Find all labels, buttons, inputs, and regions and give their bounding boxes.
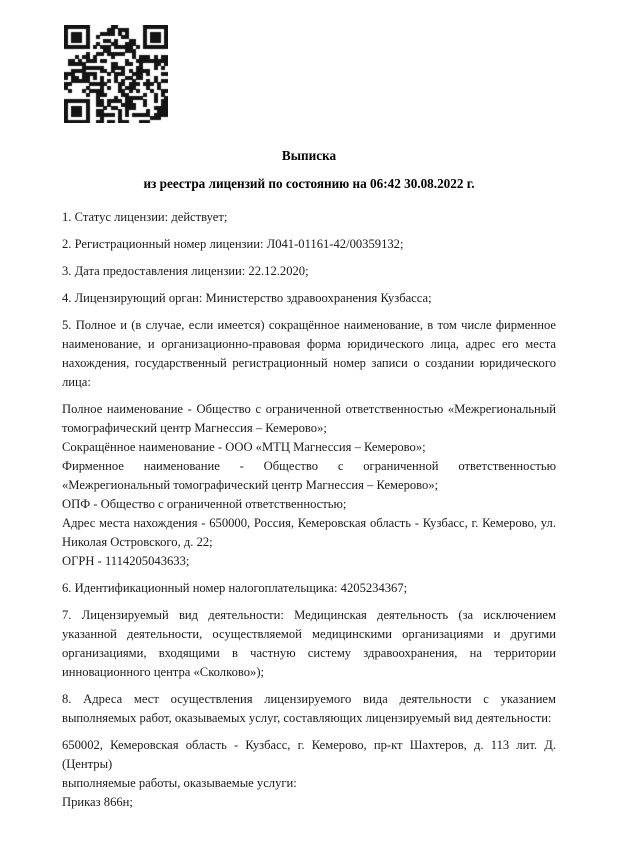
document-subtitle: из реестра лицензий по состоянию на 06:4… <box>62 174 556 193</box>
services-label-line: выполняемые работы, оказываемые услуги: <box>62 774 556 793</box>
activity-paragraph: 7. Лицензируемый вид деятельности: Медиц… <box>62 606 556 682</box>
item5-intro-paragraph: 5. Полное и (в случае, если имеется) сок… <box>62 316 556 392</box>
short-name-line: Сокращённое наименование - ООО «МТЦ Магн… <box>62 438 556 457</box>
address-line: Адрес места нахождения - 650000, Россия,… <box>62 514 556 552</box>
work-address-line: 650002, Кемеровская область - Кузбасс, г… <box>62 736 556 774</box>
license-reg-number-line: 2. Регистрационный номер лицензии: Л041-… <box>62 235 556 254</box>
license-status-line: 1. Статус лицензии: действует; <box>62 208 556 227</box>
document-title: Выписка <box>62 146 556 165</box>
opf-line: ОПФ - Общество с ограниченной ответствен… <box>62 495 556 514</box>
licensing-authority-line: 4. Лицензирующий орган: Министерство здр… <box>62 289 556 308</box>
inn-line: 6. Идентификационный номер налогоплатель… <box>62 579 556 598</box>
qr-code-icon <box>64 25 168 123</box>
license-grant-date-line: 3. Дата предоставления лицензии: 22.12.2… <box>62 262 556 281</box>
brand-name-line: Фирменное наименование - Общество с огра… <box>62 457 556 495</box>
document-body: 1. Статус лицензии: действует; 2. Регист… <box>62 208 556 812</box>
document-page: Выписка из реестра лицензий по состоянию… <box>0 0 618 858</box>
full-name-line: Полное наименование - Общество с огранич… <box>62 400 556 438</box>
item8-intro-paragraph: 8. Адреса мест осуществления лицензируем… <box>62 690 556 728</box>
order-line: Приказ 866н; <box>62 793 556 812</box>
document-content: Выписка из реестра лицензий по состоянию… <box>62 146 556 812</box>
ogrn-line: ОГРН - 1114205043633; <box>62 552 556 571</box>
